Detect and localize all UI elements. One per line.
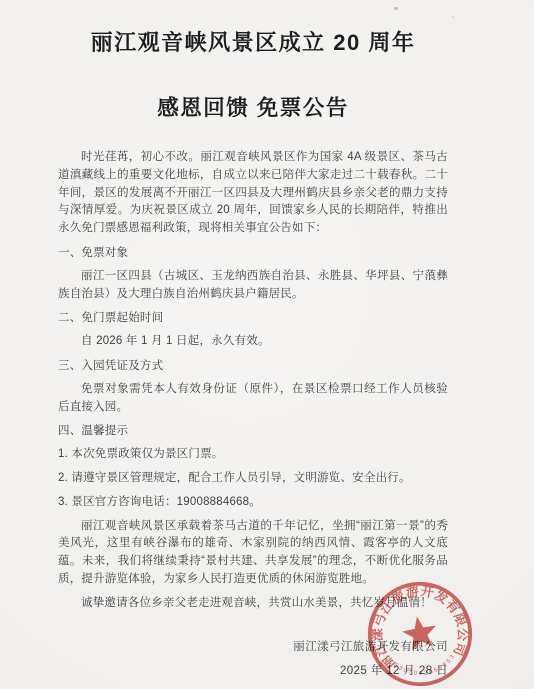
note-item-1: 1. 本次免票政策仅为景区门票。 [58,446,448,464]
note-item-3: 3. 景区官方咨询电话：19008884668。 [58,494,448,512]
document-subtitle: 感恩回馈 免票公告 [58,95,448,121]
section-4-heading: 四、温馨提示 [58,423,448,441]
scan-speck [452,16,454,18]
note-item-2: 2. 请遵守景区管理规定，配合工作人员引导，文明游览、安全出行。 [58,470,448,488]
intro-paragraph: 时光荏苒，初心不改。丽江观音峡风景区作为国家 4A 级景区、茶马古道滇藏线上的重… [58,149,448,238]
section-3-body: 免票对象需凭本人有效身份证（原件），在景区检票口经工作人员核验后直接入园。 [58,381,448,417]
official-red-seal: 丽江漾弓江旅游开发有限公司 5307002069853 [357,571,482,689]
document-title: 丽江观音峡风景区成立 20 周年 [58,28,448,58]
scanned-announcement-document: 丽江观音峡风景区成立 20 周年 感恩回馈 免票公告 时光荏苒，初心不改。丽江观… [0,0,534,689]
svg-text:5307002069853: 5307002069853 [392,652,460,682]
section-1-body: 丽江一区四县（古城区、玉龙纳西族自治县、永胜县、华坪县、宁蒗彝族自治县）及大理白… [58,268,448,304]
section-3-heading: 三、入园凭证及方式 [58,358,448,376]
section-1-heading: 一、免票对象 [58,245,448,263]
section-2-body: 自 2026 年 1 月 1 日起，永久有效。 [58,333,448,351]
section-2-heading: 二、免门票起始时间 [58,310,448,328]
closing-paragraph: 丽江观音峡风景区承载着茶马古道的千年记忆，坐拥“丽江第一景”的秀美风光，这里有峡… [58,518,448,589]
scan-speck [394,7,398,10]
star-icon [400,613,440,651]
seal-serial-number: 5307002069853 [392,652,460,682]
